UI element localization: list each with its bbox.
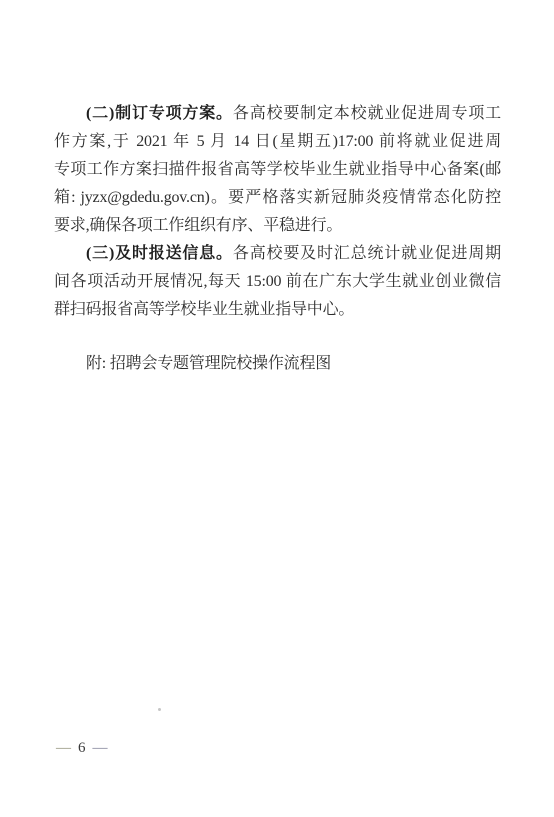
line-text: 箱: jyzx@gdedu.gov.cn)。要严格落实新冠肺炎疫情常态化防控 [54,189,501,206]
paragraph-heading: (三)及时报送信息。 [86,245,233,262]
scan-speck [158,708,161,711]
footer-dash-left: — [56,740,71,757]
text-line: 作方案,于 2021 年 5 月 14 日(星期五)17:00 前将就业促进周 [54,128,501,156]
paragraph-heading: (二)制订专项方案。 [86,105,233,122]
text-line: (二)制订专项方案。各高校要制定本校就业促进周专项工 [54,100,501,128]
document-page: (二)制订专项方案。各高校要制定本校就业促进周专项工 作方案,于 2021 年 … [0,0,554,817]
page-footer: — 6 — [56,740,108,757]
text-line: 要求,确保各项工作组织有序、平稳进行。 [54,212,501,240]
text-line: (三)及时报送信息。各高校要及时汇总统计就业促进周期 [54,240,501,268]
text-line: 专项工作方案扫描件报省高等学校毕业生就业指导中心备案(邮 [54,156,501,184]
text-line: 间各项活动开展情况,每天 15:00 前在广东大学生就业创业微信 [54,268,501,296]
line-text: 作方案,于 2021 年 5 月 14 日(星期五)17:00 前将就业促进周 [54,133,501,150]
line-text: 要求,确保各项工作组织有序、平稳进行。 [54,217,342,234]
attachment-line: 附: 招聘会专题管理院校操作流程图 [54,350,501,378]
line-text: 群扫码报省高等学校毕业生就业指导中心。 [54,301,354,318]
line-text: 间各项活动开展情况,每天 15:00 前在广东大学生就业创业微信 [54,273,501,290]
line-text: 附: 招聘会专题管理院校操作流程图 [86,355,331,372]
text-line: 群扫码报省高等学校毕业生就业指导中心。 [54,296,501,324]
line-text: 各高校要制定本校就业促进周专项工 [233,105,501,122]
footer-dash-right: — [93,740,108,757]
document-body: (二)制订专项方案。各高校要制定本校就业促进周专项工 作方案,于 2021 年 … [54,100,501,378]
text-line: 箱: jyzx@gdedu.gov.cn)。要严格落实新冠肺炎疫情常态化防控 [54,184,501,212]
line-text: 各高校要及时汇总统计就业促进周期 [233,245,501,262]
line-text: 专项工作方案扫描件报省高等学校毕业生就业指导中心备案(邮 [54,161,501,178]
page-number: 6 [78,740,86,757]
